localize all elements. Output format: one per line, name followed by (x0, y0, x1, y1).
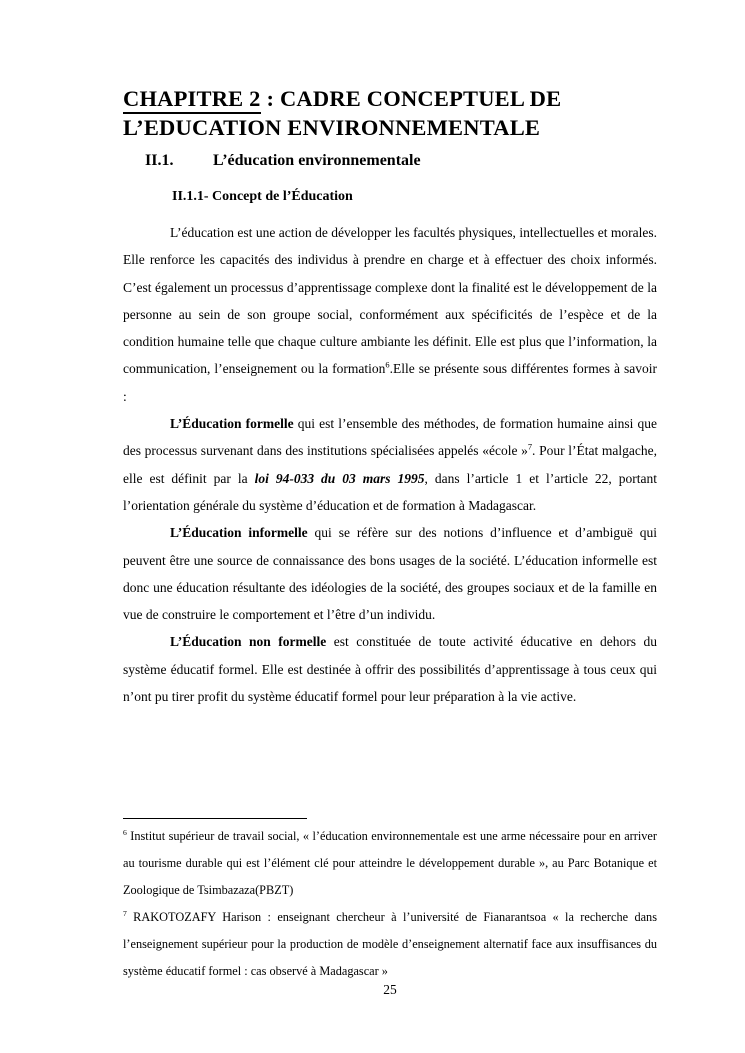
term-education-formelle: L’Éducation formelle (170, 416, 294, 431)
chapter-title-line1: CHAPITRE 2 : CADRE CONCEPTUEL DE (123, 84, 657, 113)
law-reference: loi 94-033 du 03 mars 1995 (255, 471, 425, 486)
paragraph-text: L’éducation est une action de développer… (123, 225, 657, 376)
section-heading: II.1.L’éducation environnementale (123, 152, 657, 170)
term-education-informelle: L’Éducation informelle (170, 525, 308, 540)
footnotes-section: 6 Institut supérieur de travail social, … (123, 818, 657, 985)
paragraph-education-definition: L’éducation est une action de développer… (123, 219, 657, 410)
footnote-7: 7 RAKOTOZAFY Harison : enseignant cherch… (123, 904, 657, 985)
subsection-heading: II.1.1- Concept de l’Éducation (123, 189, 657, 205)
paragraph-education-formelle: L’Éducation formelle qui est l’ensemble … (123, 410, 657, 519)
chapter-title-line2: L’EDUCATION ENVIRONNEMENTALE (123, 113, 657, 142)
paragraph-education-informelle: L’Éducation informelle qui se réfère sur… (123, 519, 657, 628)
footnote-6: 6 Institut supérieur de travail social, … (123, 823, 657, 904)
section-number: II.1. (145, 152, 213, 170)
term-education-non-formelle: L’Éducation non formelle (170, 634, 326, 649)
body-text: L’éducation est une action de développer… (123, 219, 657, 710)
section-title: L’éducation environnementale (213, 152, 421, 169)
footnote-6-text: Institut supérieur de travail social, « … (123, 829, 657, 897)
paragraph-education-non-formelle: L’Éducation non formelle est constituée … (123, 628, 657, 710)
page-number: 25 (123, 982, 657, 998)
footnote-divider (123, 818, 307, 819)
chapter-title-rest: : CADRE CONCEPTUEL DE (261, 86, 562, 111)
chapter-title: CHAPITRE 2 : CADRE CONCEPTUEL DE L’EDUCA… (123, 84, 657, 142)
chapter-number: CHAPITRE 2 (123, 86, 261, 114)
footnote-7-text: RAKOTOZAFY Harison : enseignant chercheu… (123, 910, 657, 978)
document-page: CHAPITRE 2 : CADRE CONCEPTUEL DE L’EDUCA… (0, 0, 745, 1053)
